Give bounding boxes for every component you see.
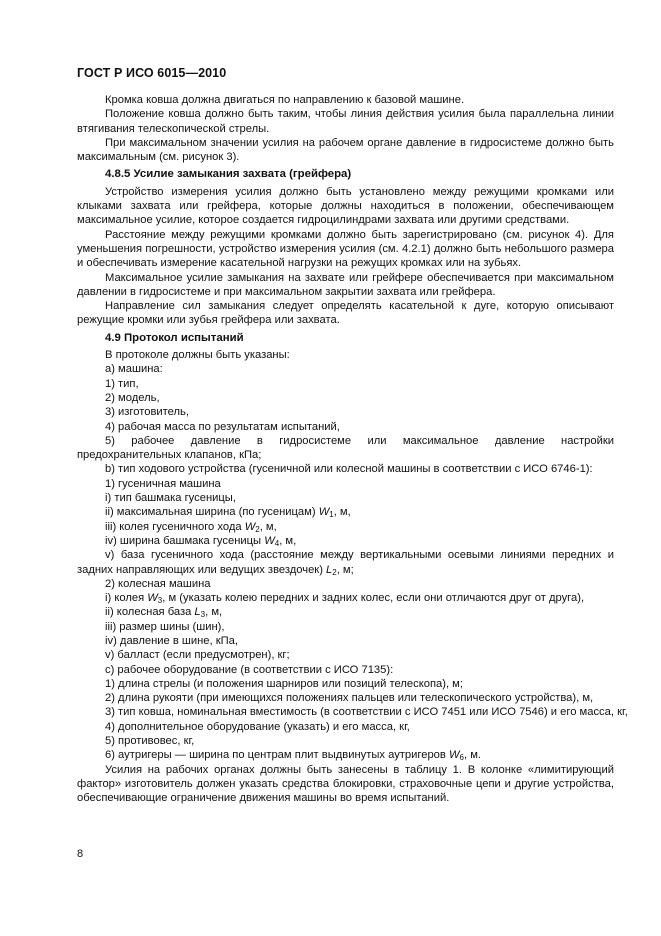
list-item: v) балласт (если предусмотрен), кг; xyxy=(77,648,614,662)
list-item: 3) изготовитель, xyxy=(77,405,614,419)
list-item: 6) аутригеры — ширина по центрам плит вы… xyxy=(77,748,614,762)
paragraph: Положение ковша должно быть таким, чтобы… xyxy=(77,107,614,136)
paragraph: Максимальное усилие замыкания на захвате… xyxy=(77,271,614,300)
paragraph: Направление сил замыкания следует опреде… xyxy=(77,299,614,328)
list-intro: В протоколе должны быть указаны: xyxy=(77,348,614,362)
list-item: b) тип ходового устройства (гусеничной и… xyxy=(77,462,614,476)
document-body: Кромка ковша должна двигаться по направл… xyxy=(77,93,614,806)
list-item: iii) колея гусеничного хода W2, м, xyxy=(77,520,614,534)
list-item: 3) тип ковша, номинальная вместимость (в… xyxy=(77,705,614,719)
paragraph: Кромка ковша должна двигаться по направл… xyxy=(77,93,614,107)
list-item: 1) тип, xyxy=(77,377,614,391)
list-item: 5) рабочее давление в гидросистеме или м… xyxy=(77,434,614,463)
list-item: a) машина: xyxy=(77,362,614,376)
list-item: c) рабочее оборудование (в соответствии … xyxy=(77,663,614,677)
list-item: ii) максимальная ширина (по гусеницам) W… xyxy=(77,505,614,519)
list-item: i) тип башмака гусеницы, xyxy=(77,491,614,505)
list-item: 1) гусеничная машина xyxy=(77,477,614,491)
list-item: iv) давление в шине, кПа, xyxy=(77,634,614,648)
paragraph: Усилия на рабочих органах должны быть за… xyxy=(77,763,614,806)
list-item: i) колея W3, м (указать колею передних и… xyxy=(77,591,614,605)
list-item: iv) ширина башмака гусеницы W4, м, xyxy=(77,534,614,548)
list-item: ii) колесная база L3, м, xyxy=(77,605,614,619)
list-item: 2) длина рукояти (при имеющихся положени… xyxy=(77,691,614,705)
list-item: 2) модель, xyxy=(77,391,614,405)
section-heading-4-8-5: 4.8.5 Усилие замыкания захвата (грейфера… xyxy=(105,167,614,181)
list-item: 4) рабочая масса по результатам испытани… xyxy=(77,420,614,434)
list-item: v) база гусеничного хода (расстояние меж… xyxy=(77,548,614,577)
list-item: 2) колесная машина xyxy=(77,577,614,591)
document-header: ГОСТ Р ИСО 6015—2010 xyxy=(77,66,226,80)
list-item: 4) дополнительное оборудование (указать)… xyxy=(77,720,614,734)
list-item: 5) противовес, кг, xyxy=(77,734,614,748)
section-heading-4-9: 4.9 Протокол испытаний xyxy=(105,331,614,345)
paragraph: Устройство измерения усилия должно быть … xyxy=(77,185,614,228)
paragraph: При максимальном значении усилия на рабо… xyxy=(77,136,614,165)
page-number: 8 xyxy=(77,848,83,860)
list-item: 1) длина стрелы (и положения шарниров ил… xyxy=(77,677,614,691)
list-item: iii) размер шины (шин), xyxy=(77,620,614,634)
paragraph: Расстояние между режущими кромками должн… xyxy=(77,228,614,271)
